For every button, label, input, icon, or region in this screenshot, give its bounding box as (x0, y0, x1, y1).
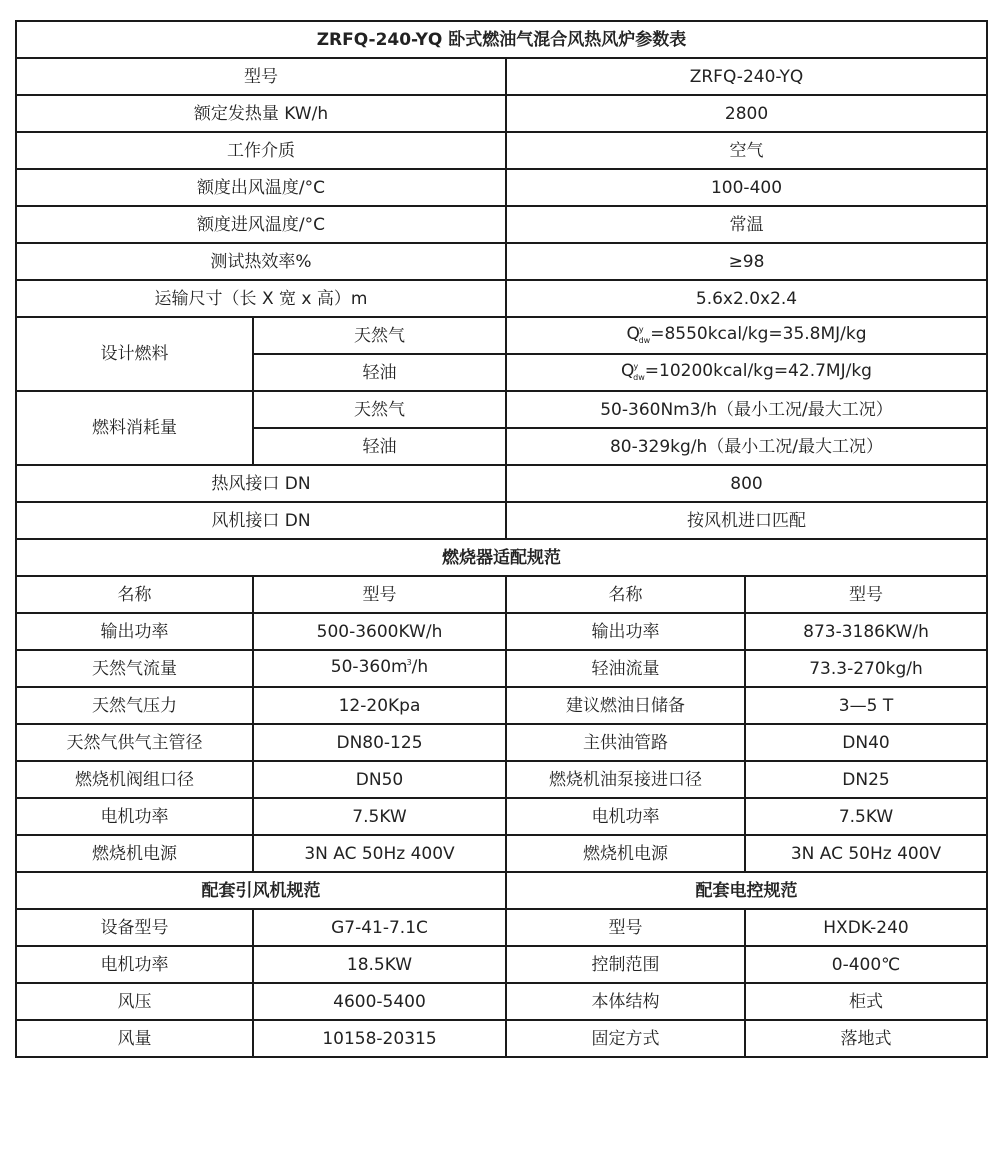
burner-param-name: 燃烧机电源 (506, 835, 745, 872)
control-param-name: 固定方式 (506, 1020, 745, 1057)
fuel-consumption-value: 50-360Nm3/h（最小工况/最大工况） (506, 391, 987, 428)
param-value: ZRFQ-240-YQ (506, 58, 987, 95)
table-row: 热风接口 DN 800 (16, 465, 987, 502)
q-superscript: y (633, 362, 638, 371)
fuel-consumption-value: 80-329kg/h（最小工况/最大工况） (506, 428, 987, 465)
gas-flow-suffix: /h (412, 657, 429, 677)
table-title: ZRFQ-240-YQ 卧式燃油气混合风热风炉参数表 (16, 21, 987, 58)
table-row: 额定发热量 KW/h 2800 (16, 95, 987, 132)
fan-param-name: 设备型号 (16, 909, 253, 946)
param-value: 常温 (506, 206, 987, 243)
table-row: 电机功率 7.5KW 电机功率 7.5KW (16, 798, 987, 835)
param-label: 额定发热量 KW/h (16, 95, 506, 132)
table-row: 工作介质 空气 (16, 132, 987, 169)
fan-param-name: 风压 (16, 983, 253, 1020)
control-param-value: 落地式 (745, 1020, 987, 1057)
q-symbol: Q (626, 324, 639, 344)
fan-param-value: 10158-20315 (253, 1020, 506, 1057)
fuel-type: 轻油 (253, 354, 506, 391)
burner-param-name: 燃烧机阀组口径 (16, 761, 253, 798)
param-label: 额度进风温度/°C (16, 206, 506, 243)
table-row: 燃烧机阀组口径 DN50 燃烧机油泵接进口径 DN25 (16, 761, 987, 798)
parameter-table: ZRFQ-240-YQ 卧式燃油气混合风热风炉参数表 型号 ZRFQ-240-Y… (15, 20, 988, 1058)
control-param-value: 柜式 (745, 983, 987, 1020)
burner-param-name: 燃烧机电源 (16, 835, 253, 872)
burner-param-name: 主供油管路 (506, 724, 745, 761)
fan-param-name: 风量 (16, 1020, 253, 1057)
burner-section-title: 燃烧器适配规范 (16, 539, 987, 576)
param-value: 空气 (506, 132, 987, 169)
fuel-type: 轻油 (253, 428, 506, 465)
burner-param-value: DN40 (745, 724, 987, 761)
control-param-name: 本体结构 (506, 983, 745, 1020)
gas-flow-base: 50-360m (331, 657, 408, 677)
control-param-name: 控制范围 (506, 946, 745, 983)
column-header-model: 型号 (745, 576, 987, 613)
table-row: 设计燃料 天然气 Qydw=8550kcal/kg=35.8MJ/kg (16, 317, 987, 354)
design-fuel-label: 设计燃料 (16, 317, 253, 391)
table-row: 电机功率 18.5KW 控制范围 0-400℃ (16, 946, 987, 983)
table-row: 额度进风温度/°C 常温 (16, 206, 987, 243)
burner-param-value: 3—5 T (745, 687, 987, 724)
control-param-value: 0-400℃ (745, 946, 987, 983)
burner-param-name: 天然气供气主管径 (16, 724, 253, 761)
param-label: 热风接口 DN (16, 465, 506, 502)
param-value: 按风机进口匹配 (506, 502, 987, 539)
table-row: 燃料消耗量 天然气 50-360Nm3/h（最小工况/最大工况） (16, 391, 987, 428)
burner-param-value: 3N AC 50Hz 400V (745, 835, 987, 872)
table-row: 型号 ZRFQ-240-YQ (16, 58, 987, 95)
control-param-value: HXDK-240 (745, 909, 987, 946)
column-header-model: 型号 (253, 576, 506, 613)
heat-value-text: =8550kcal/kg=35.8MJ/kg (650, 324, 866, 344)
column-header-name: 名称 (16, 576, 253, 613)
table-row: 设备型号 G7-41-7.1C 型号 HXDK-240 (16, 909, 987, 946)
burner-param-value: 7.5KW (745, 798, 987, 835)
param-value: 5.6x2.0x2.4 (506, 280, 987, 317)
table-row: 天然气压力 12-20Kpa 建议燃油日储备 3—5 T (16, 687, 987, 724)
table-row: 天然气供气主管径 DN80-125 主供油管路 DN40 (16, 724, 987, 761)
section-header-row: 燃烧器适配规范 (16, 539, 987, 576)
burner-param-name: 轻油流量 (506, 650, 745, 687)
fuel-heat-value: Qydw=8550kcal/kg=35.8MJ/kg (506, 317, 987, 354)
q-subscript: dw (633, 373, 645, 382)
param-label: 工作介质 (16, 132, 506, 169)
fan-param-value: 4600-5400 (253, 983, 506, 1020)
table-row: 风机接口 DN 按风机进口匹配 (16, 502, 987, 539)
burner-param-name: 天然气压力 (16, 687, 253, 724)
burner-param-name: 输出功率 (506, 613, 745, 650)
param-value: 800 (506, 465, 987, 502)
param-label: 测试热效率% (16, 243, 506, 280)
table-row: 输出功率 500-3600KW/h 输出功率 873-3186KW/h (16, 613, 987, 650)
table-row: 燃烧机电源 3N AC 50Hz 400V 燃烧机电源 3N AC 50Hz 4… (16, 835, 987, 872)
fuel-heat-value: Qydw=10200kcal/kg=42.7MJ/kg (506, 354, 987, 391)
section-header-row: 配套引风机规范 配套电控规范 (16, 872, 987, 909)
burner-param-name: 燃烧机油泵接进口径 (506, 761, 745, 798)
burner-param-value: DN80-125 (253, 724, 506, 761)
fuel-type: 天然气 (253, 317, 506, 354)
param-value: 100-400 (506, 169, 987, 206)
burner-param-value: DN25 (745, 761, 987, 798)
burner-param-value: 73.3-270kg/h (745, 650, 987, 687)
control-param-name: 型号 (506, 909, 745, 946)
burner-param-name: 天然气流量 (16, 650, 253, 687)
fan-param-name: 电机功率 (16, 946, 253, 983)
burner-param-value: 500-3600KW/h (253, 613, 506, 650)
param-value: 2800 (506, 95, 987, 132)
param-value: ≥98 (506, 243, 987, 280)
param-label: 额度出风温度/°C (16, 169, 506, 206)
burner-param-name: 建议燃油日储备 (506, 687, 745, 724)
table-row: 天然气流量 50-360m3/h 轻油流量 73.3-270kg/h (16, 650, 987, 687)
control-section-title: 配套电控规范 (506, 872, 987, 909)
gas-flow-superscript: 3 (407, 658, 412, 667)
burner-param-value: 873-3186KW/h (745, 613, 987, 650)
param-label: 运输尺寸（长 X 宽 x 高）m (16, 280, 506, 317)
burner-param-value: 7.5KW (253, 798, 506, 835)
burner-param-name: 输出功率 (16, 613, 253, 650)
title-row: ZRFQ-240-YQ 卧式燃油气混合风热风炉参数表 (16, 21, 987, 58)
fan-param-value: 18.5KW (253, 946, 506, 983)
table-row: 运输尺寸（长 X 宽 x 高）m 5.6x2.0x2.4 (16, 280, 987, 317)
param-label: 风机接口 DN (16, 502, 506, 539)
burner-param-value: 3N AC 50Hz 400V (253, 835, 506, 872)
fan-section-title: 配套引风机规范 (16, 872, 506, 909)
table-row: 风量 10158-20315 固定方式 落地式 (16, 1020, 987, 1057)
fuel-consumption-label: 燃料消耗量 (16, 391, 253, 465)
burner-param-value: 12-20Kpa (253, 687, 506, 724)
column-header-row: 名称 型号 名称 型号 (16, 576, 987, 613)
burner-param-name: 电机功率 (506, 798, 745, 835)
burner-param-value: 50-360m3/h (253, 650, 506, 687)
q-superscript: y (639, 325, 644, 334)
table-row: 额度出风温度/°C 100-400 (16, 169, 987, 206)
table-row: 测试热效率% ≥98 (16, 243, 987, 280)
fan-param-value: G7-41-7.1C (253, 909, 506, 946)
column-header-name: 名称 (506, 576, 745, 613)
fuel-type: 天然气 (253, 391, 506, 428)
q-subscript: dw (639, 336, 651, 345)
burner-param-value: DN50 (253, 761, 506, 798)
table-row: 风压 4600-5400 本体结构 柜式 (16, 983, 987, 1020)
param-label: 型号 (16, 58, 506, 95)
heat-value-text: =10200kcal/kg=42.7MJ/kg (645, 361, 872, 381)
burner-param-name: 电机功率 (16, 798, 253, 835)
